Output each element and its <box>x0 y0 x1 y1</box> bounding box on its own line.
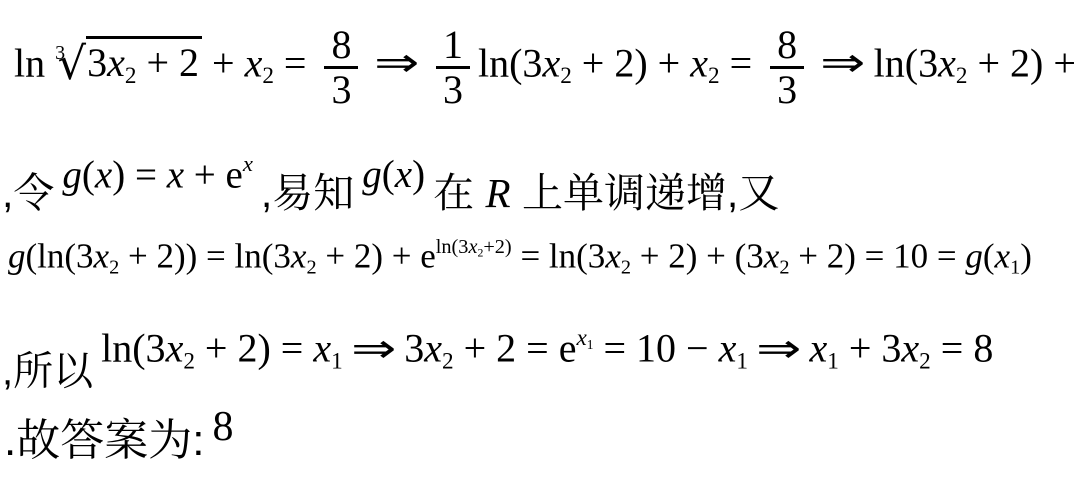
subscript: 2 <box>442 349 454 375</box>
inline-formula-g-definition: g(x) = x + ex <box>62 151 252 198</box>
fraction-denominator: 3 <box>770 66 804 111</box>
math-text: ln <box>14 40 55 85</box>
math-variable: x <box>901 326 919 371</box>
math-text: + 2 = e <box>454 326 577 371</box>
fraction-denominator: 3 <box>436 66 470 111</box>
fraction: 83 <box>324 24 358 110</box>
math-text: ( <box>983 237 995 276</box>
subscript: 1 <box>1010 257 1020 279</box>
math-text: + 2 <box>136 40 199 85</box>
math-variable: x <box>542 40 560 85</box>
math-variable: R <box>486 170 511 216</box>
math-variable: x <box>938 40 956 85</box>
subscript: 2 <box>306 257 316 279</box>
cube-root: 3√3x2 + 2 <box>55 35 202 90</box>
math-text: ( <box>382 153 395 196</box>
fraction-numerator: 1 <box>436 24 470 66</box>
subscript: 1 <box>827 349 839 375</box>
math-variable: x <box>605 237 621 276</box>
math-text: 3 <box>443 67 463 112</box>
superscript: x <box>243 151 253 176</box>
math-solution-document: ln 3√3x2 + 2 + x2 = 83⇒13ln(3x2 + 2) + x… <box>0 0 1080 490</box>
math-text: + 2) + e <box>317 237 436 276</box>
math-text: 3 <box>777 67 797 112</box>
math-text: + 2) + <box>572 40 690 85</box>
math-variable: x <box>243 151 253 176</box>
math-text: 8 <box>212 404 233 450</box>
math-variable: x <box>576 325 586 351</box>
math-text: 3 <box>331 67 351 112</box>
math-text: 3 <box>87 40 107 85</box>
math-text: ) = <box>112 153 166 196</box>
superscript: x1 <box>576 325 593 351</box>
math-variable: x <box>809 326 827 371</box>
subscript: 2 <box>621 257 631 279</box>
math-text: 8 <box>777 22 797 67</box>
subscript: 2 <box>919 349 931 375</box>
chinese-text: 上单调递增,又 <box>511 170 780 216</box>
subscript: 2 <box>956 63 968 89</box>
math-text: ln(3 <box>478 40 542 85</box>
subscript: 1 <box>331 349 343 375</box>
fraction-denominator: 3 <box>324 66 358 111</box>
math-text: = 8 <box>931 326 994 371</box>
subscript: 2 <box>183 349 195 375</box>
derivation-line-4: ,所以ln(3x2 + 2) = x1⇒3x2 + 2 = ex1 = 10 −… <box>2 348 1001 398</box>
inline-formula-conclusion: ln(3x2 + 2) = x1⇒3x2 + 2 = ex1 = 10 − x1… <box>101 325 993 375</box>
math-text: ln(3 <box>436 236 469 258</box>
derivation-line-2: ,令g(x) = x + ex,易知g(x)在 R 上单调递增,又 <box>2 170 779 218</box>
superscript: ln(3x2+2) <box>436 236 512 258</box>
chinese-text: ,令 <box>2 170 54 216</box>
inline-formula-g-of-x: g(x) <box>362 153 425 198</box>
math-variable: g <box>8 237 26 276</box>
fraction-numerator: 8 <box>324 24 358 66</box>
fraction: 13 <box>436 24 470 110</box>
subscript: 1 <box>736 349 748 375</box>
math-text: ln(3 <box>874 40 938 85</box>
chinese-text: 在 <box>433 170 485 216</box>
math-variable: x <box>313 326 331 371</box>
subscript: 2 <box>125 63 137 89</box>
math-text: 8 <box>331 22 351 67</box>
math-variable: x <box>167 153 184 196</box>
math-variable: x <box>995 237 1011 276</box>
math-variable: x <box>395 153 412 196</box>
implies-arrow: ⇒ <box>820 40 865 86</box>
math-text: + e <box>184 153 243 196</box>
math-variable: x <box>245 40 263 85</box>
math-text: + 2) + (3 <box>631 237 764 276</box>
math-text: + 2) = 10 = <box>789 237 965 276</box>
chinese-text: .故答案为: <box>4 416 204 465</box>
implies-arrow: ⇒ <box>756 326 801 372</box>
math-variable: x <box>95 153 112 196</box>
math-variable: g <box>362 153 382 196</box>
math-text: + 2) = <box>195 326 313 371</box>
fraction: 83 <box>770 24 804 110</box>
math-text: + <box>202 40 245 85</box>
derivation-line-3: g(ln(3x2 + 2)) = ln(3x2 + 2) + eln(3x2+2… <box>8 236 1032 280</box>
subscript: 2 <box>708 63 720 89</box>
math-variable: x <box>690 40 708 85</box>
math-text: = <box>720 40 763 85</box>
answer-value: 8 <box>212 403 233 451</box>
math-variable: x <box>424 326 442 371</box>
subscript: 2 <box>262 63 274 89</box>
math-variable: x <box>291 237 307 276</box>
math-text: 3 <box>404 326 424 371</box>
math-text: = ln(3 <box>512 237 606 276</box>
radical-icon: √ <box>58 37 87 90</box>
math-text: + 3 <box>839 326 902 371</box>
subscript: 2 <box>109 257 119 279</box>
math-text: +2) <box>483 236 511 258</box>
derivation-line-1: ln 3√3x2 + 2 + x2 = 83⇒13ln(3x2 + 2) + x… <box>14 24 1080 110</box>
subscript: 2 <box>779 257 789 279</box>
math-text: + 2) + (3 <box>967 40 1080 85</box>
fraction-numerator: 8 <box>770 24 804 66</box>
math-variable: x <box>107 40 125 85</box>
math-text: = 10 − <box>593 326 718 371</box>
implies-arrow: ⇒ <box>351 326 396 372</box>
math-text: ln(3 <box>101 326 165 371</box>
math-text: ( <box>82 153 95 196</box>
math-text: 1 <box>443 22 463 67</box>
math-text: (ln(3 <box>26 237 94 276</box>
subscript: 2 <box>560 63 572 89</box>
implies-arrow: ⇒ <box>375 40 420 86</box>
math-variable: x <box>94 237 110 276</box>
math-text: + 2)) = ln(3 <box>119 237 291 276</box>
math-variable: x <box>719 326 737 371</box>
math-variable: g <box>62 153 82 196</box>
math-variable: x <box>764 237 780 276</box>
math-variable: x <box>166 326 184 371</box>
math-text: = <box>274 40 317 85</box>
math-text: ) <box>1020 237 1032 276</box>
math-variable: g <box>965 237 983 276</box>
chinese-text: ,易知 <box>261 170 354 216</box>
math-text: ) <box>412 153 425 196</box>
chinese-text: ,所以 <box>2 350 93 394</box>
radicand: 3x2 + 2 <box>86 36 202 90</box>
answer-line: .故答案为:8 <box>4 416 241 467</box>
